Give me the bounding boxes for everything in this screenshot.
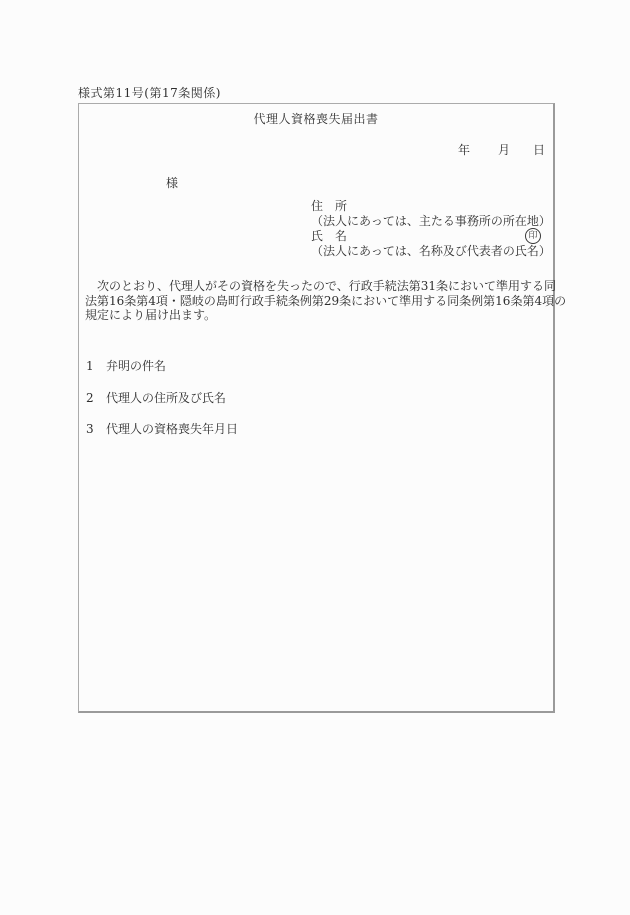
list-item: 2代理人の住所及び氏名 bbox=[86, 389, 226, 406]
item-label: 代理人の住所及び氏名 bbox=[106, 391, 226, 405]
seal-icon: 印 bbox=[525, 228, 541, 244]
form-number: 様式第11号(第17条関係) bbox=[78, 84, 221, 101]
address-label: 住 所 bbox=[311, 199, 551, 214]
list-item: 1弁明の件名 bbox=[86, 357, 166, 374]
item-number: 2 bbox=[86, 391, 106, 405]
item-label: 代理人の資格喪失年月日 bbox=[106, 422, 238, 436]
document-title: 代理人資格喪失届出書 bbox=[79, 110, 553, 127]
body-line-1: 次のとおり、代理人がその資格を失ったので、行政手続法第31条において準用する同 bbox=[85, 279, 551, 294]
document-page: 様式第11号(第17条関係) 代理人資格喪失届出書 年月日 様 住 所 （法人に… bbox=[0, 0, 630, 915]
addressee-suffix: 様 bbox=[166, 174, 178, 191]
address-note: （法人にあっては、主たる事務所の所在地） bbox=[311, 214, 551, 229]
item-label: 弁明の件名 bbox=[106, 359, 166, 373]
date-year-label: 年 bbox=[458, 143, 470, 157]
body-line-2: 法第16条第4項・隠岐の島町行政手続条例第29条において準用する同条例第16条第… bbox=[85, 294, 551, 309]
recipient-block: 住 所 （法人にあっては、主たる事務所の所在地） 氏 名 （法人にあっては、名称… bbox=[311, 199, 551, 259]
date-line: 年月日 bbox=[458, 141, 545, 158]
name-label: 氏 名 bbox=[311, 229, 551, 244]
date-month-label: 月 bbox=[498, 143, 510, 157]
form-border-box: 代理人資格喪失届出書 年月日 様 住 所 （法人にあっては、主たる事務所の所在地… bbox=[78, 103, 555, 713]
date-day-label: 日 bbox=[533, 143, 545, 157]
item-number: 1 bbox=[86, 359, 106, 373]
item-number: 3 bbox=[86, 422, 106, 436]
body-paragraph: 次のとおり、代理人がその資格を失ったので、行政手続法第31条において準用する同 … bbox=[85, 279, 551, 323]
name-note: （法人にあっては、名称及び代表者の氏名） bbox=[311, 244, 551, 259]
list-item: 3代理人の資格喪失年月日 bbox=[86, 420, 238, 437]
body-line-3: 規定により届け出ます。 bbox=[85, 308, 551, 323]
